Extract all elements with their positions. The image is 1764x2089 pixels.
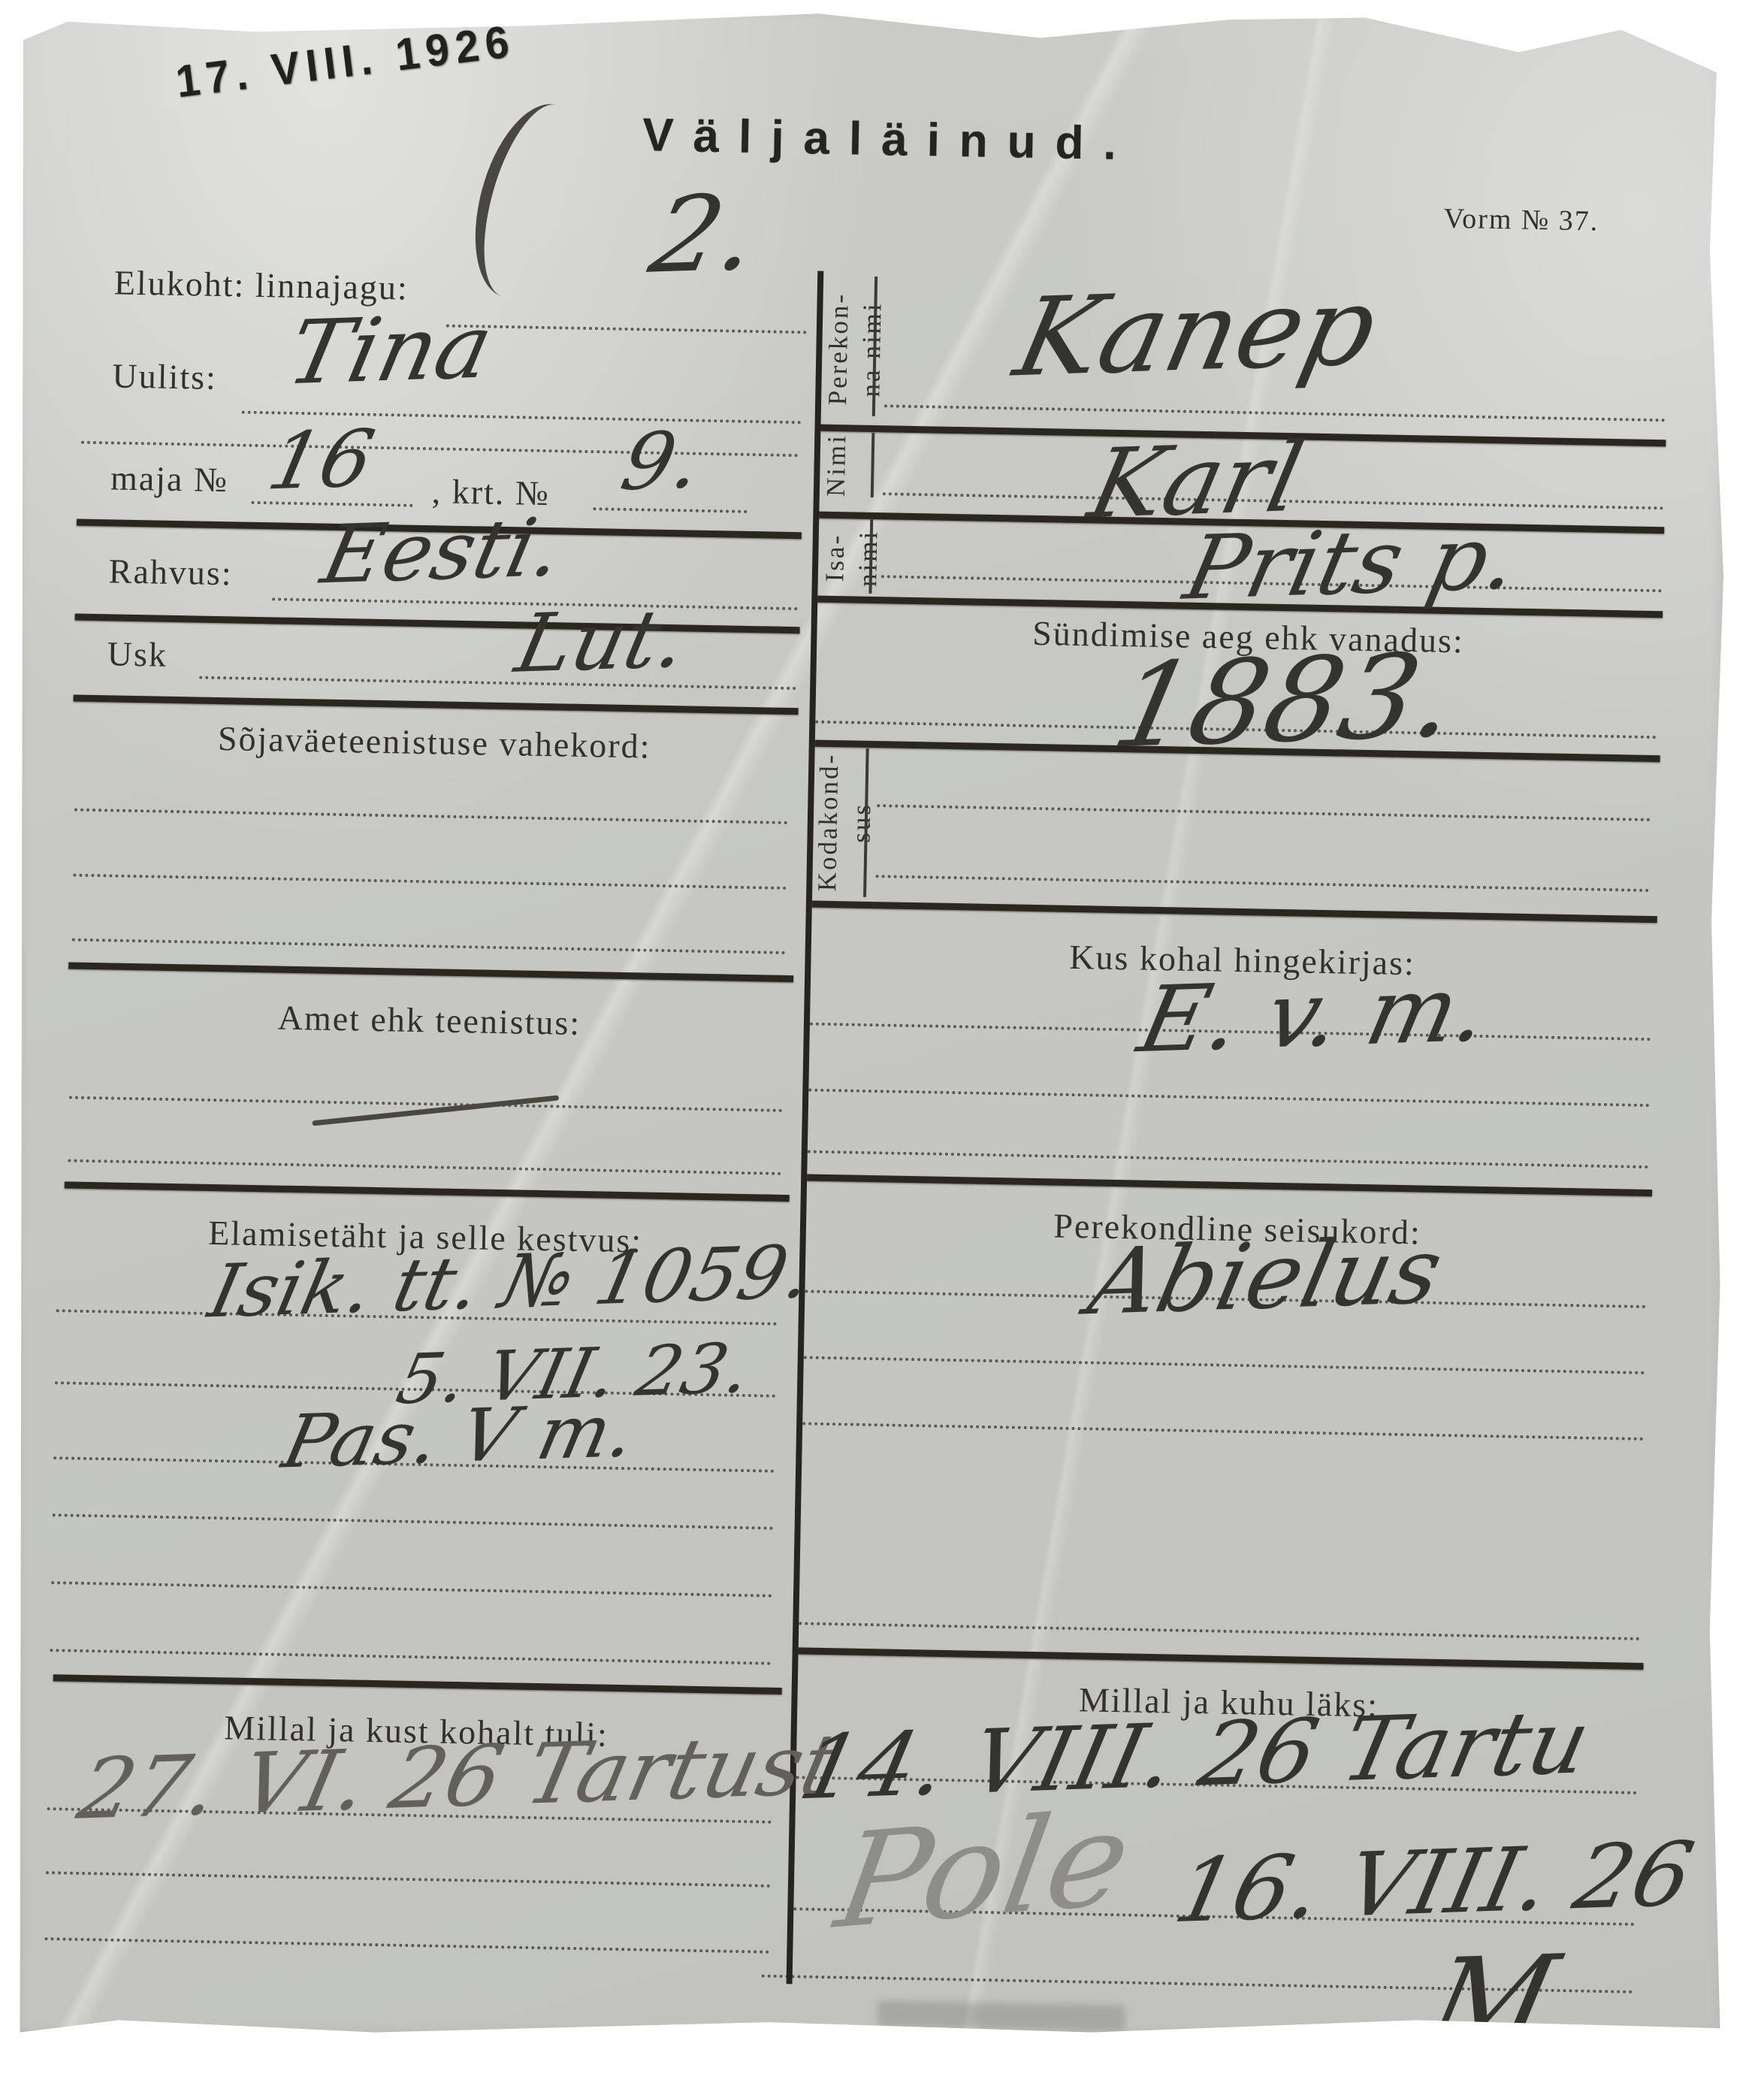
permit-line-6 [50,1649,771,1665]
form-number: Vorm № 37. [1443,202,1599,238]
military-line-2 [73,874,787,890]
religion-line [199,676,796,691]
date-stamp: 17. VIII. 1926 [173,15,518,107]
family-line-4 [799,1622,1640,1640]
religion-handwriting: Lut. [508,592,695,691]
permit-line-5 [51,1581,772,1598]
arrival-line-2 [46,1871,771,1888]
section-rule [812,901,1657,924]
residence-line [446,325,807,334]
section-rule [75,614,800,634]
occupation-line-2 [68,1159,781,1174]
section-rule [799,1647,1644,1670]
occupation-label: Amet ehk teenistus: [71,994,789,1047]
family-line-2 [804,1356,1645,1374]
permit-line-4 [53,1513,774,1530]
section-rule [65,1181,790,1202]
departure-date2-handwriting: 16. VIII. 26 [1166,1822,1702,1942]
citizenship-line-1 [877,804,1651,821]
district-number-handwriting: 2. [641,172,769,298]
apartment-number-handwriting: 9. [614,414,710,508]
section-rule [74,694,799,715]
nationality-label: Rahvus: [108,551,233,593]
occupation-dash-mark [312,1095,559,1126]
father-name-label: Isa- nimi [818,518,874,597]
citizenship-label: Kodakond- sus [811,747,868,898]
clerk-initials-handwriting: M [1418,1930,1569,2069]
house-number-handwriting: 16 [261,413,382,508]
page-title: Väljaläinud. [581,107,1198,172]
citizenship-line-2 [876,875,1650,892]
military-line-3 [72,939,786,954]
permit-handwriting-3: Pas. V m. [276,1389,643,1486]
form-content: 17. VIII. 1926 2. Väljaläinud. Vorm № 37… [0,0,1742,2052]
registry-line-2 [808,1089,1650,1108]
registry-handwriting: E. v. m. [1130,956,1497,1074]
pen-flourish-stroke [454,92,598,309]
street-label: Uulits: [112,355,217,398]
surname-line [884,404,1666,422]
first-name-label-rule [871,433,875,497]
surname-label: Perekon- na nimi [821,277,877,421]
birth-year-handwriting: 1883. [1103,627,1469,774]
pencil-note-handwriting: Pole [827,1783,1140,1959]
registry-line-3 [808,1150,1649,1169]
family-line-3 [802,1422,1644,1441]
father-name-handwriting: Prits p. [1177,506,1527,620]
arrival-line-3 [44,1937,769,1954]
faded-stamp-ghost [877,2000,1126,2030]
apartment-number-line [593,507,747,513]
section-rule [53,1674,782,1694]
first-name-label: Nimi [820,431,875,500]
scanned-form-paper: 17. VIII. 1926 2. Väljaläinud. Vorm № 37… [17,8,1723,2036]
section-rule [807,1174,1652,1196]
military-service-label: Sõjaväeteenistuse vahekord: [75,716,793,769]
surname-handwriting: Kanep [1005,263,1388,401]
religion-label: Usk [107,633,168,674]
nationality-handwriting: Eesti. [314,501,570,603]
family-status-handwriting: Abielus [1080,1217,1451,1335]
house-label: maja № [110,458,229,500]
military-line-1 [74,809,788,824]
street-handwriting: Tina [279,295,502,404]
section-rule [68,962,793,982]
